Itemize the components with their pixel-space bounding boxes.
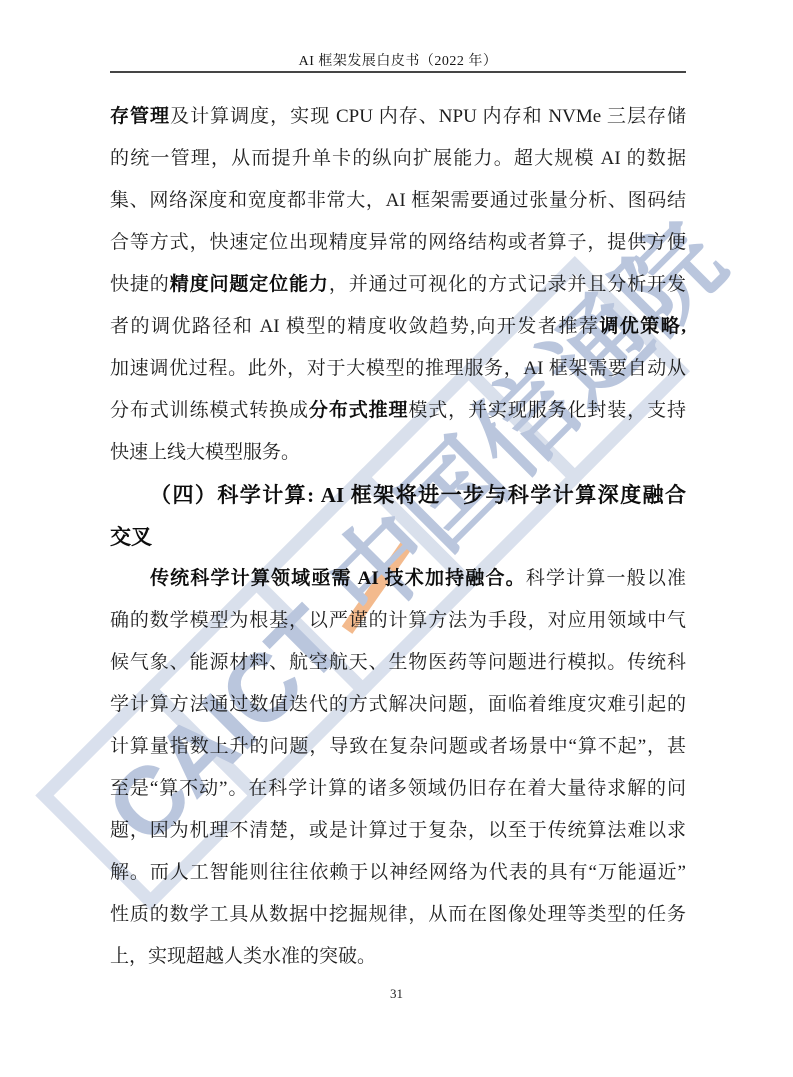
text-segment: 上，实现超越人类水准的突破。 (110, 946, 376, 967)
text-line: 上，实现超越人类水准的突破。 (110, 936, 686, 978)
text-segment: 模式，并实现服务化封装，支持 (408, 400, 686, 421)
text-line: 存管理及计算调度，实现 CPU 内存、NPU 内存和 NVMe 三层存储 (110, 96, 686, 138)
text-segment: 学计算方法通过数值迭代的方式解决问题，面临着维度灾难引起的 (110, 694, 686, 715)
text-segment: 快速上线大模型服务。 (110, 442, 300, 463)
bold-text-segment: 存管理 (110, 106, 170, 127)
text-segment: 快捷的 (110, 274, 170, 295)
text-segment: 性质的数学工具从数据中挖掘规律，从而在图像处理等类型的任务 (110, 904, 686, 925)
text-line: 确的数学模型为根基，以严谨的计算方法为手段，对应用领域中气 (110, 600, 686, 642)
text-segment: 加速调优过程。此外，对于大模型的推理服务，AI 框架需要自动从 (110, 358, 686, 379)
heading-line: 交叉 (110, 516, 686, 558)
text-line: 的统一管理，从而提升单卡的纵向扩展能力。超大规模 AI 的数据 (110, 138, 686, 180)
text-segment: 解。而人工智能则往往依赖于以神经网络为代表的具有“万能逼近” (110, 862, 686, 883)
bold-text-segment: （四）科学计算: AI 框架将进一步与科学计算深度融合 (150, 483, 686, 507)
text-line: 计算量指数上升的问题，导致在复杂问题或者场景中“算不起”，甚 (110, 726, 686, 768)
text-segment: 至是“算不动”。在科学计算的诸多领域仍旧存在着大量待求解的问 (110, 778, 686, 799)
text-line: 者的调优路径和 AI 模型的精度收敛趋势,向开发者推荐调优策略, (110, 306, 686, 348)
text-line: 集、网络深度和宽度都非常大，AI 框架需要通过张量分析、图码结 (110, 180, 686, 222)
bold-text-segment: 交叉 (110, 525, 152, 549)
text-segment: 候气象、能源材料、航空航天、生物医药等问题进行模拟。传统科 (110, 652, 686, 673)
text-line: 候气象、能源材料、航空航天、生物医药等问题进行模拟。传统科 (110, 642, 686, 684)
heading-line: （四）科学计算: AI 框架将进一步与科学计算深度融合 (110, 474, 686, 516)
text-segment: 分布式训练模式转换成 (110, 400, 309, 421)
text-line: 快捷的精度问题定位能力，并通过可视化的方式记录并且分析开发 (110, 264, 686, 306)
document-body: 存管理及计算调度，实现 CPU 内存、NPU 内存和 NVMe 三层存储的统一管… (110, 96, 686, 978)
page-number: 31 (0, 986, 793, 1002)
text-line: 加速调优过程。此外，对于大模型的推理服务，AI 框架需要自动从 (110, 348, 686, 390)
page-header-title: AI 框架发展白皮书（2022 年） (110, 50, 686, 70)
text-line: 学计算方法通过数值迭代的方式解决问题，面临着维度灾难引起的 (110, 684, 686, 726)
text-line: 传统科学计算领域亟需 AI 技术加持融合。科学计算一般以准 (110, 558, 686, 600)
text-segment: 计算量指数上升的问题，导致在复杂问题或者场景中“算不起”，甚 (110, 736, 686, 757)
text-line: 至是“算不动”。在科学计算的诸多领域仍旧存在着大量待求解的问 (110, 768, 686, 810)
text-segment: 科学计算一般以准 (526, 568, 686, 589)
bold-text-segment: 传统科学计算领域亟需 AI 技术加持融合。 (150, 568, 526, 589)
text-segment: 的统一管理，从而提升单卡的纵向扩展能力。超大规模 AI 的数据 (110, 148, 686, 169)
text-segment: 题，因为机理不清楚，或是计算过于复杂，以至于传统算法难以求 (110, 820, 686, 841)
text-line: 题，因为机理不清楚，或是计算过于复杂，以至于传统算法难以求 (110, 810, 686, 852)
text-segment: 者的调优路径和 AI 模型的精度收敛趋势,向开发者推荐 (110, 316, 599, 337)
text-line: 解。而人工智能则往往依赖于以神经网络为代表的具有“万能逼近” (110, 852, 686, 894)
text-segment: 及计算调度，实现 CPU 内存、NPU 内存和 NVMe 三层存储 (170, 106, 686, 127)
bold-text-segment: 精度问题定位能力 (170, 274, 329, 295)
bold-text-segment: 调优策略, (599, 316, 686, 337)
text-line: 合等方式，快速定位出现精度异常的网络结构或者算子，提供方便 (110, 222, 686, 264)
document-page: AI 框架发展白皮书（2022 年） CAICT 中国信通院 存管理及计算调度，… (0, 0, 793, 1077)
text-segment: 集、网络深度和宽度都非常大，AI 框架需要通过张量分析、图码结 (110, 190, 686, 211)
header-divider (110, 71, 686, 73)
text-segment: 确的数学模型为根基，以严谨的计算方法为手段，对应用领域中气 (110, 610, 686, 631)
text-line: 性质的数学工具从数据中挖掘规律，从而在图像处理等类型的任务 (110, 894, 686, 936)
text-segment: ，并通过可视化的方式记录并且分析开发 (329, 274, 686, 295)
text-line: 快速上线大模型服务。 (110, 432, 686, 474)
text-segment: 合等方式，快速定位出现精度异常的网络结构或者算子，提供方便 (110, 232, 686, 253)
text-line: 分布式训练模式转换成分布式推理模式，并实现服务化封装，支持 (110, 390, 686, 432)
bold-text-segment: 分布式推理 (309, 400, 408, 421)
